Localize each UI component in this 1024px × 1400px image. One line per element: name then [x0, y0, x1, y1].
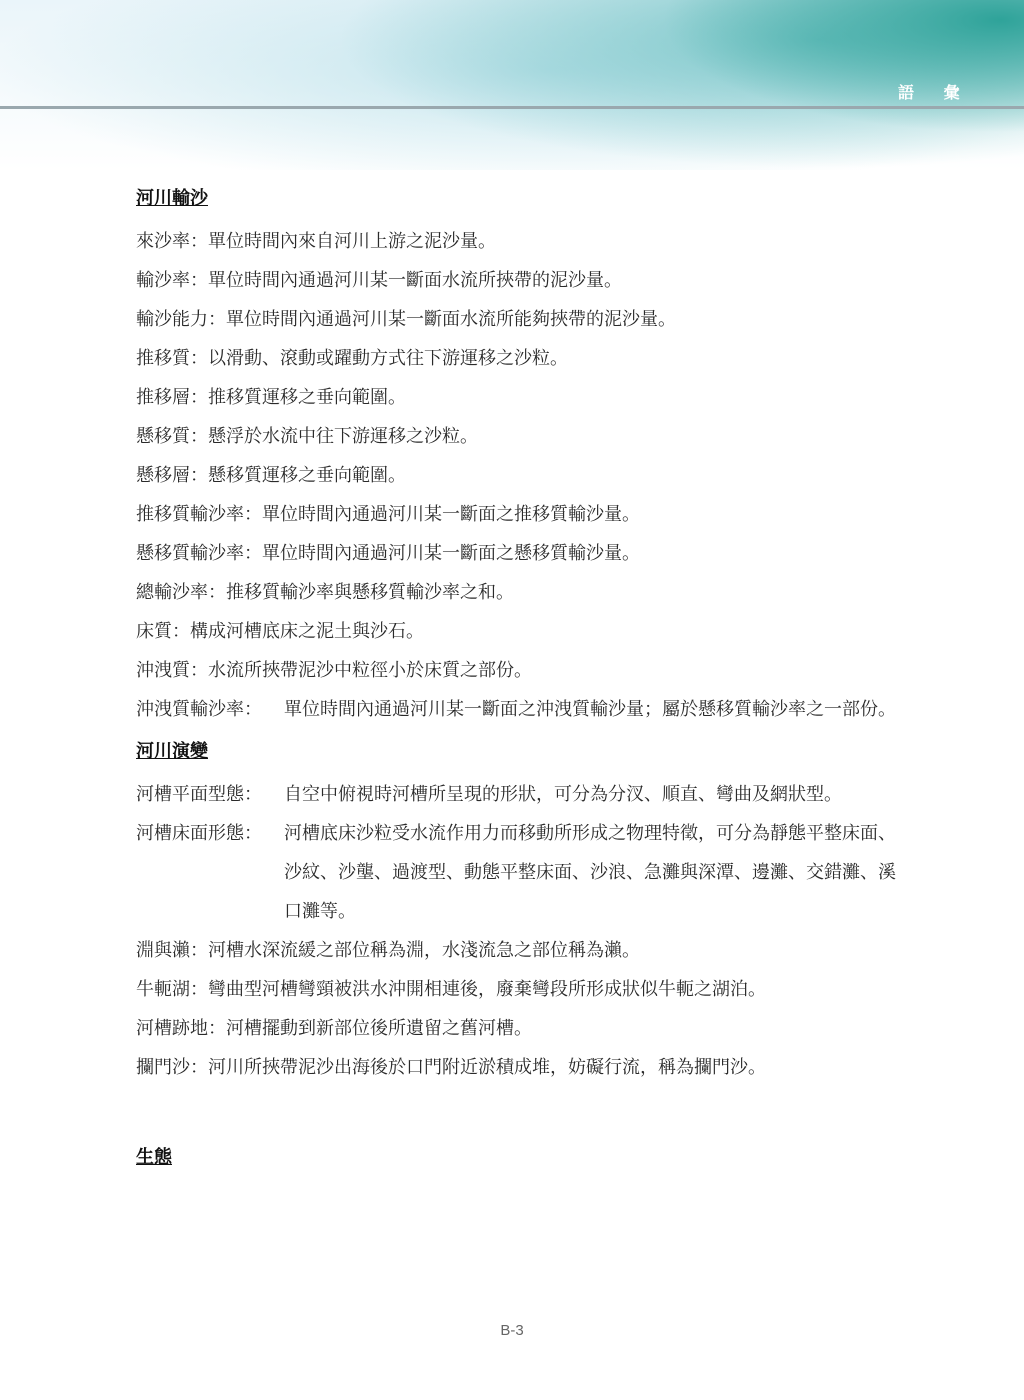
entry-definition: 自空中俯視時河槽所呈現的形狀，可分為分汊、順直、彎曲及網狀型。 [284, 775, 906, 814]
entry-term: 總輸沙率： [136, 573, 226, 612]
entry-definition: 單位時間內通過河川某一斷面之沖洩質輸沙量；屬於懸移質輸沙率之一部份。 [284, 690, 906, 729]
entry-term: 河槽平面型態： [136, 775, 284, 814]
entry-term: 床質： [136, 612, 190, 651]
entry-term: 輸沙能力： [136, 300, 226, 339]
entry-definition: 以滑動、滾動或躍動方式往下游運移之沙粒。 [208, 339, 906, 378]
entry-definition: 懸移質運移之垂向範圍。 [208, 456, 906, 495]
glossary-content: 河川輸沙 來沙率：單位時間內來自河川上游之泥沙量。 輸沙率：單位時間內通過河川某… [136, 184, 906, 1181]
glossary-entry: 懸移質輸沙率：單位時間內通過河川某一斷面之懸移質輸沙量。 [136, 534, 906, 573]
header-divider [0, 106, 1024, 109]
entry-definition: 河槽水深流緩之部位稱為淵，水淺流急之部位稱為瀨。 [208, 931, 906, 970]
glossary-entry: 來沙率：單位時間內來自河川上游之泥沙量。 [136, 222, 906, 261]
entry-definition: 河槽底床沙粒受水流作用力而移動所形成之物理特徵，可分為靜態平整床面、沙紋、沙壟、… [284, 814, 906, 931]
entry-term: 來沙率： [136, 222, 208, 261]
entry-term: 淵與瀨： [136, 931, 208, 970]
glossary-entry: 輸沙能力：單位時間內通過河川某一斷面水流所能夠挾帶的泥沙量。 [136, 300, 906, 339]
section-heading-sediment: 河川輸沙 [136, 184, 906, 214]
entry-term: 懸移質輸沙率： [136, 534, 262, 573]
entry-term: 河槽跡地： [136, 1009, 226, 1048]
entry-definition: 構成河槽底床之泥土與沙石。 [190, 612, 906, 651]
entry-definition: 懸浮於水流中往下游運移之沙粒。 [208, 417, 906, 456]
entry-definition: 單位時間內通過河川某一斷面水流所能夠挾帶的泥沙量。 [226, 300, 906, 339]
page-number: B-3 [0, 1322, 1024, 1339]
entry-definition: 河槽擺動到新部位後所遺留之舊河槽。 [226, 1009, 906, 1048]
section-heading-river-evolution: 河川演變 [136, 737, 906, 767]
entry-term: 輸沙率： [136, 261, 208, 300]
entry-definition: 單位時間內來自河川上游之泥沙量。 [208, 222, 906, 261]
glossary-entry: 床質：構成河槽底床之泥土與沙石。 [136, 612, 906, 651]
entry-term: 沖洩質輸沙率： [136, 690, 284, 729]
entry-term: 懸移層： [136, 456, 208, 495]
glossary-entry: 攔門沙：河川所挾帶泥沙出海後於口門附近淤積成堆，妨礙行流，稱為攔門沙。 [136, 1048, 906, 1087]
entry-definition: 河川所挾帶泥沙出海後於口門附近淤積成堆，妨礙行流，稱為攔門沙。 [208, 1048, 906, 1087]
glossary-entry: 河槽平面型態：自空中俯視時河槽所呈現的形狀，可分為分汊、順直、彎曲及網狀型。 [136, 775, 906, 814]
glossary-entry: 牛軛湖：彎曲型河槽彎頸被洪水沖開相連後，廢棄彎段所形成狀似牛軛之湖泊。 [136, 970, 906, 1009]
entry-term: 推移質： [136, 339, 208, 378]
glossary-entry: 懸移質：懸浮於水流中往下游運移之沙粒。 [136, 417, 906, 456]
glossary-entry: 沖洩質輸沙率：單位時間內通過河川某一斷面之沖洩質輸沙量；屬於懸移質輸沙率之一部份… [136, 690, 906, 729]
glossary-entry: 推移質：以滑動、滾動或躍動方式往下游運移之沙粒。 [136, 339, 906, 378]
entry-term: 推移層： [136, 378, 208, 417]
entry-term: 沖洩質： [136, 651, 208, 690]
entry-definition: 彎曲型河槽彎頸被洪水沖開相連後，廢棄彎段所形成狀似牛軛之湖泊。 [208, 970, 906, 1009]
glossary-entry: 推移層：推移質運移之垂向範圍。 [136, 378, 906, 417]
glossary-entry: 推移質輸沙率：單位時間內通過河川某一斷面之推移質輸沙量。 [136, 495, 906, 534]
glossary-entry: 總輸沙率：推移質輸沙率與懸移質輸沙率之和。 [136, 573, 906, 612]
header-banner [0, 0, 1024, 170]
glossary-entry: 沖洩質：水流所挾帶泥沙中粒徑小於床質之部份。 [136, 651, 906, 690]
entry-definition: 單位時間內通過河川某一斷面之推移質輸沙量。 [262, 495, 906, 534]
section-heading-ecology: 生態 [136, 1143, 906, 1173]
entry-definition: 推移質輸沙率與懸移質輸沙率之和。 [226, 573, 906, 612]
section-label: 語 彙 [898, 80, 972, 103]
entry-term: 懸移質： [136, 417, 208, 456]
glossary-entry: 懸移層：懸移質運移之垂向範圍。 [136, 456, 906, 495]
glossary-entry: 淵與瀨：河槽水深流緩之部位稱為淵，水淺流急之部位稱為瀨。 [136, 931, 906, 970]
entry-definition: 單位時間內通過河川某一斷面之懸移質輸沙量。 [262, 534, 906, 573]
entry-term: 牛軛湖： [136, 970, 208, 1009]
entry-term: 攔門沙： [136, 1048, 208, 1087]
glossary-entry: 輸沙率：單位時間內通過河川某一斷面水流所挾帶的泥沙量。 [136, 261, 906, 300]
entry-term: 河槽床面形態： [136, 814, 284, 931]
glossary-entry: 河槽跡地：河槽擺動到新部位後所遺留之舊河槽。 [136, 1009, 906, 1048]
entry-definition: 單位時間內通過河川某一斷面水流所挾帶的泥沙量。 [208, 261, 906, 300]
entry-definition: 水流所挾帶泥沙中粒徑小於床質之部份。 [208, 651, 906, 690]
entry-definition: 推移質運移之垂向範圍。 [208, 378, 906, 417]
glossary-entry: 河槽床面形態：河槽底床沙粒受水流作用力而移動所形成之物理特徵，可分為靜態平整床面… [136, 814, 906, 931]
entry-term: 推移質輸沙率： [136, 495, 262, 534]
